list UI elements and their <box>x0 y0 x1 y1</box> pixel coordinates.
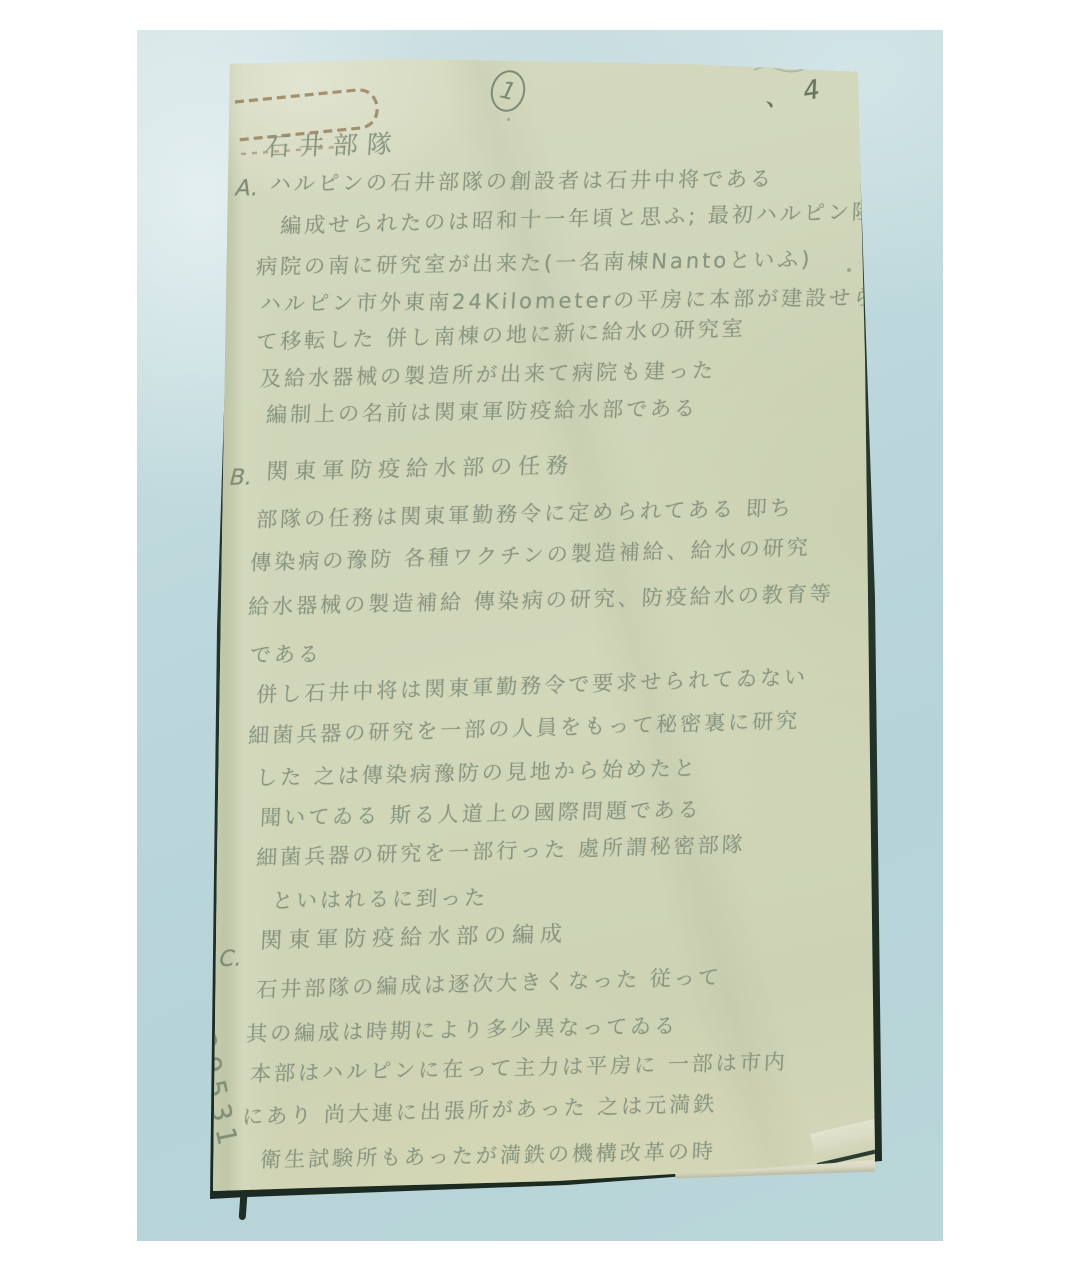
paper-speck <box>847 268 851 272</box>
manuscript-line: 細菌兵器の研究を一部行った 處所謂秘密部隊 <box>256 828 747 872</box>
paper-speck <box>327 1038 331 1041</box>
manuscript-line-text: した 之は傳染病豫防の見地から始めたと <box>256 756 699 790</box>
manuscript-line: 給水器械の製造補給 傳染病の研究、防疫給水の教育等 <box>248 578 835 621</box>
manuscript-line-text: 衛生試験所もあったが満鉄の機構改革の時 <box>260 1139 717 1172</box>
manuscript-line: A.ハルピンの石井部隊の創設者は石井中将である <box>269 163 775 198</box>
page-number-circled: 1 <box>486 67 529 116</box>
manuscript-line-text: 及給水器械の製造所が出来て病院も建った <box>260 358 717 391</box>
manuscript-line-text: て移転した 併し南棟の地に新に給水の研究室 <box>256 316 747 354</box>
manuscript-line: にあり 尚大連に出張所があった 之は元満鉄 <box>242 1088 718 1131</box>
manuscript-line: 編成せられたのは昭和十一年頃と思ふ; 最初ハルピン陸軍 <box>280 195 901 240</box>
manuscript-line-text: 編制上の名前は関東軍防疫給水部である <box>265 396 698 427</box>
manuscript-line-text: 石井部隊の編成は逐次大きくなった 従って <box>256 965 723 1002</box>
manuscript-line-text: といはれるに到った <box>271 886 488 913</box>
manuscript-line-text: 編成せられたのは昭和十一年頃と思ふ; 最初ハルピン陸軍 <box>280 199 901 238</box>
manuscript-line-text: である <box>249 642 322 667</box>
manuscript-line: B.関東軍防疫給水部の任務 <box>265 449 574 486</box>
section-marker: B. <box>229 465 252 490</box>
manuscript-line-text: 本部はハルピンに在って主力は平房に 一部は市内 <box>250 1050 789 1086</box>
manuscript-line: 病院の南に研究室が出来た(一名南棟Nantoといふ) <box>255 243 813 281</box>
manuscript-line: ハルピン市外東南24Kilometerの平房に本部が建設せられ <box>259 281 902 318</box>
manuscript-line: 石井部隊の編成は逐次大きくなった 従って <box>256 961 723 1004</box>
corner-fold <box>810 1119 882 1167</box>
section-marker: A. <box>235 176 259 201</box>
manuscript-line: C.関東軍防疫給水部の編成 <box>260 917 569 955</box>
manuscript-line-text: ハルピンの石井部隊の創設者は石井中将である <box>269 167 774 196</box>
manuscript-line-text: 傳染病の豫防 各種ワクチンの製造補給、給水の研究 <box>250 535 811 575</box>
manuscript-line-text: 関東軍防疫給水部の任務 <box>266 454 575 485</box>
manuscript-line: といはれるに到った <box>271 882 489 915</box>
manuscript-line: 及給水器械の製造所が出来て病院も建った <box>259 354 716 393</box>
section-marker: C. <box>219 946 243 972</box>
manuscript-line: 併し石井中将は関東軍勤務令で要求せられてゐない <box>256 661 809 709</box>
manuscript-line: 編制上の名前は関東軍防疫給水部である <box>265 392 699 429</box>
manuscript-line-text: にあり 尚大連に出張所があった 之は元満鉄 <box>242 1092 718 1129</box>
manuscript-line-text: ハルピン市外東南24Kilometerの平房に本部が建設せられ <box>259 285 902 316</box>
manuscript-line-text: 細菌兵器の研究を一部の人員をもって秘密裏に研究 <box>248 709 801 748</box>
manuscript-line: 衛生試験所もあったが満鉄の機構改革の時 <box>259 1135 716 1174</box>
manuscript-line: 部隊の任務は関東軍勤務令に定められてある 即ち <box>256 492 795 534</box>
paper-speck <box>507 118 510 121</box>
document-title: 石井部隊 <box>264 125 402 164</box>
manuscript-line-text: 其の編成は時期により多少異なってゐる <box>246 1014 679 1046</box>
manuscript-line-text: 併し石井中将は関東軍勤務令で要求せられてゐない <box>256 665 809 707</box>
manuscript-line-text: 病院の南に研究室が出来た(一名南棟Nantoといふ) <box>255 247 813 279</box>
manuscript-line-text: 給水器械の製造補給 傳染病の研究、防疫給水の教育等 <box>248 582 835 619</box>
manuscript-page: 1 、4 石井部隊 A.ハルピンの石井部隊の創設者は石井中将である編成せられたの… <box>207 58 897 1223</box>
manuscript-line-text: 関東軍防疫給水部の編成 <box>260 922 569 954</box>
manuscript-line: 聞いてゐる 斯る人道上の國際問題である <box>259 794 702 833</box>
archive-number: 29531 <box>189 1030 244 1155</box>
manuscript-line: 傳染病の豫防 各種ワクチンの製造補給、給水の研究 <box>250 531 812 577</box>
manuscript-line: した 之は傳染病豫防の見地から始めたと <box>256 752 699 792</box>
manuscript-line: 細菌兵器の研究を一部の人員をもって秘密裏に研究 <box>248 705 801 750</box>
manuscript-line-text: 部隊の任務は関東軍勤務令に定められてある 即ち <box>256 496 795 532</box>
manuscript-line: て移転した 併し南棟の地に新に給水の研究室 <box>256 312 747 356</box>
manuscript-sheet-area: 1 、4 石井部隊 A.ハルピンの石井部隊の創設者は石井中将である編成せられたの… <box>207 58 897 1223</box>
manuscript-line-text: 細菌兵器の研究を一部行った 處所謂秘密部隊 <box>256 832 747 870</box>
manuscript-line: である <box>249 638 323 669</box>
document-photo: 1 、4 石井部隊 A.ハルピンの石井部隊の創設者は石井中将である編成せられたの… <box>137 30 943 1241</box>
manuscript-line: 本部はハルピンに在って主力は平房に 一部は市内 <box>250 1046 789 1088</box>
manuscript-line-text: 聞いてゐる 斯る人道上の國際問題である <box>260 798 703 831</box>
page-number: 1 <box>497 76 519 107</box>
manuscript-line: 其の編成は時期により多少異なってゐる <box>245 1010 678 1048</box>
